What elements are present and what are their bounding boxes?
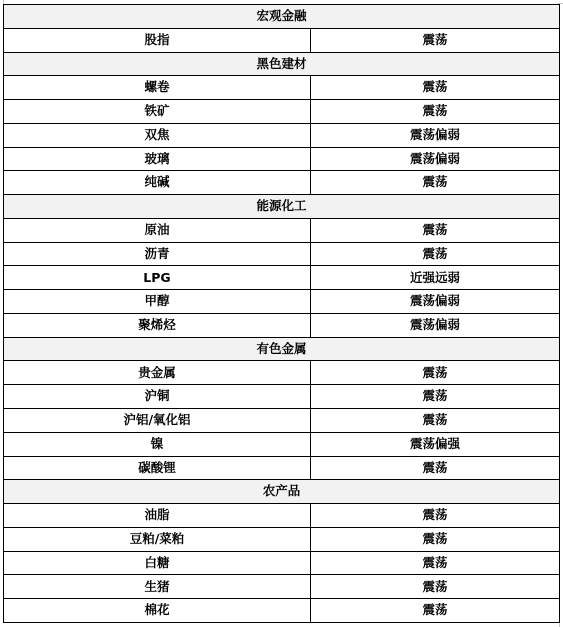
category-label: 能源化工 — [4, 195, 560, 219]
category-label: 宏观金融 — [4, 5, 560, 29]
item-outlook: 震荡 — [311, 599, 560, 623]
item-outlook: 震荡 — [311, 575, 560, 599]
item-name: 沥青 — [4, 242, 311, 266]
item-outlook: 震荡 — [311, 527, 560, 551]
item-outlook: 震荡 — [311, 218, 560, 242]
item-outlook: 震荡偏弱 — [311, 123, 560, 147]
table-row: 聚烯烃 震荡偏弱 — [4, 313, 560, 337]
table-row: 铁矿 震荡 — [4, 100, 560, 124]
item-name: 生猪 — [4, 575, 311, 599]
item-name: 纯碱 — [4, 171, 311, 195]
item-outlook: 震荡 — [311, 361, 560, 385]
futures-outlook-table: 宏观金融 股指 震荡 黑色建材 螺卷 震荡 铁矿 震荡 双焦 震荡偏弱 玻璃 震… — [3, 4, 560, 623]
item-outlook: 震荡偏弱 — [311, 290, 560, 314]
category-label: 有色金属 — [4, 337, 560, 361]
item-name: 聚烯烃 — [4, 313, 311, 337]
item-outlook: 震荡 — [311, 385, 560, 409]
item-outlook: 近强远弱 — [311, 266, 560, 290]
category-label: 农产品 — [4, 480, 560, 504]
item-name: 油脂 — [4, 504, 311, 528]
table-row: 螺卷 震荡 — [4, 76, 560, 100]
table-row: 镍 震荡偏强 — [4, 432, 560, 456]
item-name: 双焦 — [4, 123, 311, 147]
item-name: 玻璃 — [4, 147, 311, 171]
item-outlook: 震荡 — [311, 409, 560, 433]
item-name: 白糖 — [4, 551, 311, 575]
item-outlook: 震荡 — [311, 242, 560, 266]
item-outlook: 震荡偏弱 — [311, 147, 560, 171]
category-row-macro-finance: 宏观金融 — [4, 5, 560, 29]
item-outlook: 震荡 — [311, 76, 560, 100]
item-name: 原油 — [4, 218, 311, 242]
category-row-ferrous-building: 黑色建材 — [4, 52, 560, 76]
item-name: 镍 — [4, 432, 311, 456]
table-row: 玻璃 震荡偏弱 — [4, 147, 560, 171]
table-row: LPG 近强远弱 — [4, 266, 560, 290]
table-row: 沪铜 震荡 — [4, 385, 560, 409]
table-row: 双焦 震荡偏弱 — [4, 123, 560, 147]
category-label: 黑色建材 — [4, 52, 560, 76]
table-row: 白糖 震荡 — [4, 551, 560, 575]
table-row: 豆粕/菜粕 震荡 — [4, 527, 560, 551]
table-row: 贵金属 震荡 — [4, 361, 560, 385]
table-row: 油脂 震荡 — [4, 504, 560, 528]
item-name: 铁矿 — [4, 100, 311, 124]
item-name: 甲醇 — [4, 290, 311, 314]
table-row: 纯碱 震荡 — [4, 171, 560, 195]
item-name: 螺卷 — [4, 76, 311, 100]
item-outlook: 震荡 — [311, 100, 560, 124]
item-name: 沪铝/氧化铝 — [4, 409, 311, 433]
item-outlook: 震荡 — [311, 456, 560, 480]
category-row-energy-chemicals: 能源化工 — [4, 195, 560, 219]
table-row: 甲醇 震荡偏弱 — [4, 290, 560, 314]
table-row: 沥青 震荡 — [4, 242, 560, 266]
item-outlook: 震荡偏弱 — [311, 313, 560, 337]
item-name: 碳酸锂 — [4, 456, 311, 480]
item-name: 股指 — [4, 28, 311, 52]
item-outlook: 震荡 — [311, 504, 560, 528]
item-name: 豆粕/菜粕 — [4, 527, 311, 551]
category-row-nonferrous-metals: 有色金属 — [4, 337, 560, 361]
item-name: 贵金属 — [4, 361, 311, 385]
table-row: 原油 震荡 — [4, 218, 560, 242]
item-outlook: 震荡 — [311, 171, 560, 195]
category-row-agricultural: 农产品 — [4, 480, 560, 504]
table-row: 股指 震荡 — [4, 28, 560, 52]
table-row: 沪铝/氧化铝 震荡 — [4, 409, 560, 433]
item-outlook: 震荡偏强 — [311, 432, 560, 456]
item-outlook: 震荡 — [311, 28, 560, 52]
item-name: 沪铜 — [4, 385, 311, 409]
item-name: LPG — [4, 266, 311, 290]
item-name: 棉花 — [4, 599, 311, 623]
table-row: 碳酸锂 震荡 — [4, 456, 560, 480]
table-row: 棉花 震荡 — [4, 599, 560, 623]
item-outlook: 震荡 — [311, 551, 560, 575]
table-row: 生猪 震荡 — [4, 575, 560, 599]
